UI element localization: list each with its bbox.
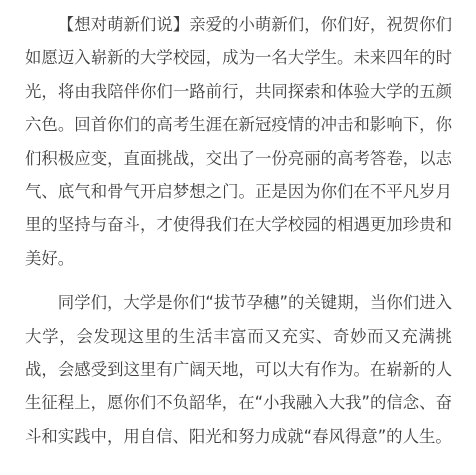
- paragraph-wishes: 同学们，大学是你们“拔节孕穗”的关键期，当你们进入大学，会发现这里的生活丰富而又…: [25, 286, 452, 453]
- document-page: 【想对萌新们说】亲爱的小萌新们，你们好，祝贺你们如愿迈入崭新的大学校园，成为一名…: [0, 0, 476, 475]
- paragraph-greeting: 【想对萌新们说】亲爱的小萌新们，你们好，祝贺你们如愿迈入崭新的大学校园，成为一名…: [25, 8, 452, 275]
